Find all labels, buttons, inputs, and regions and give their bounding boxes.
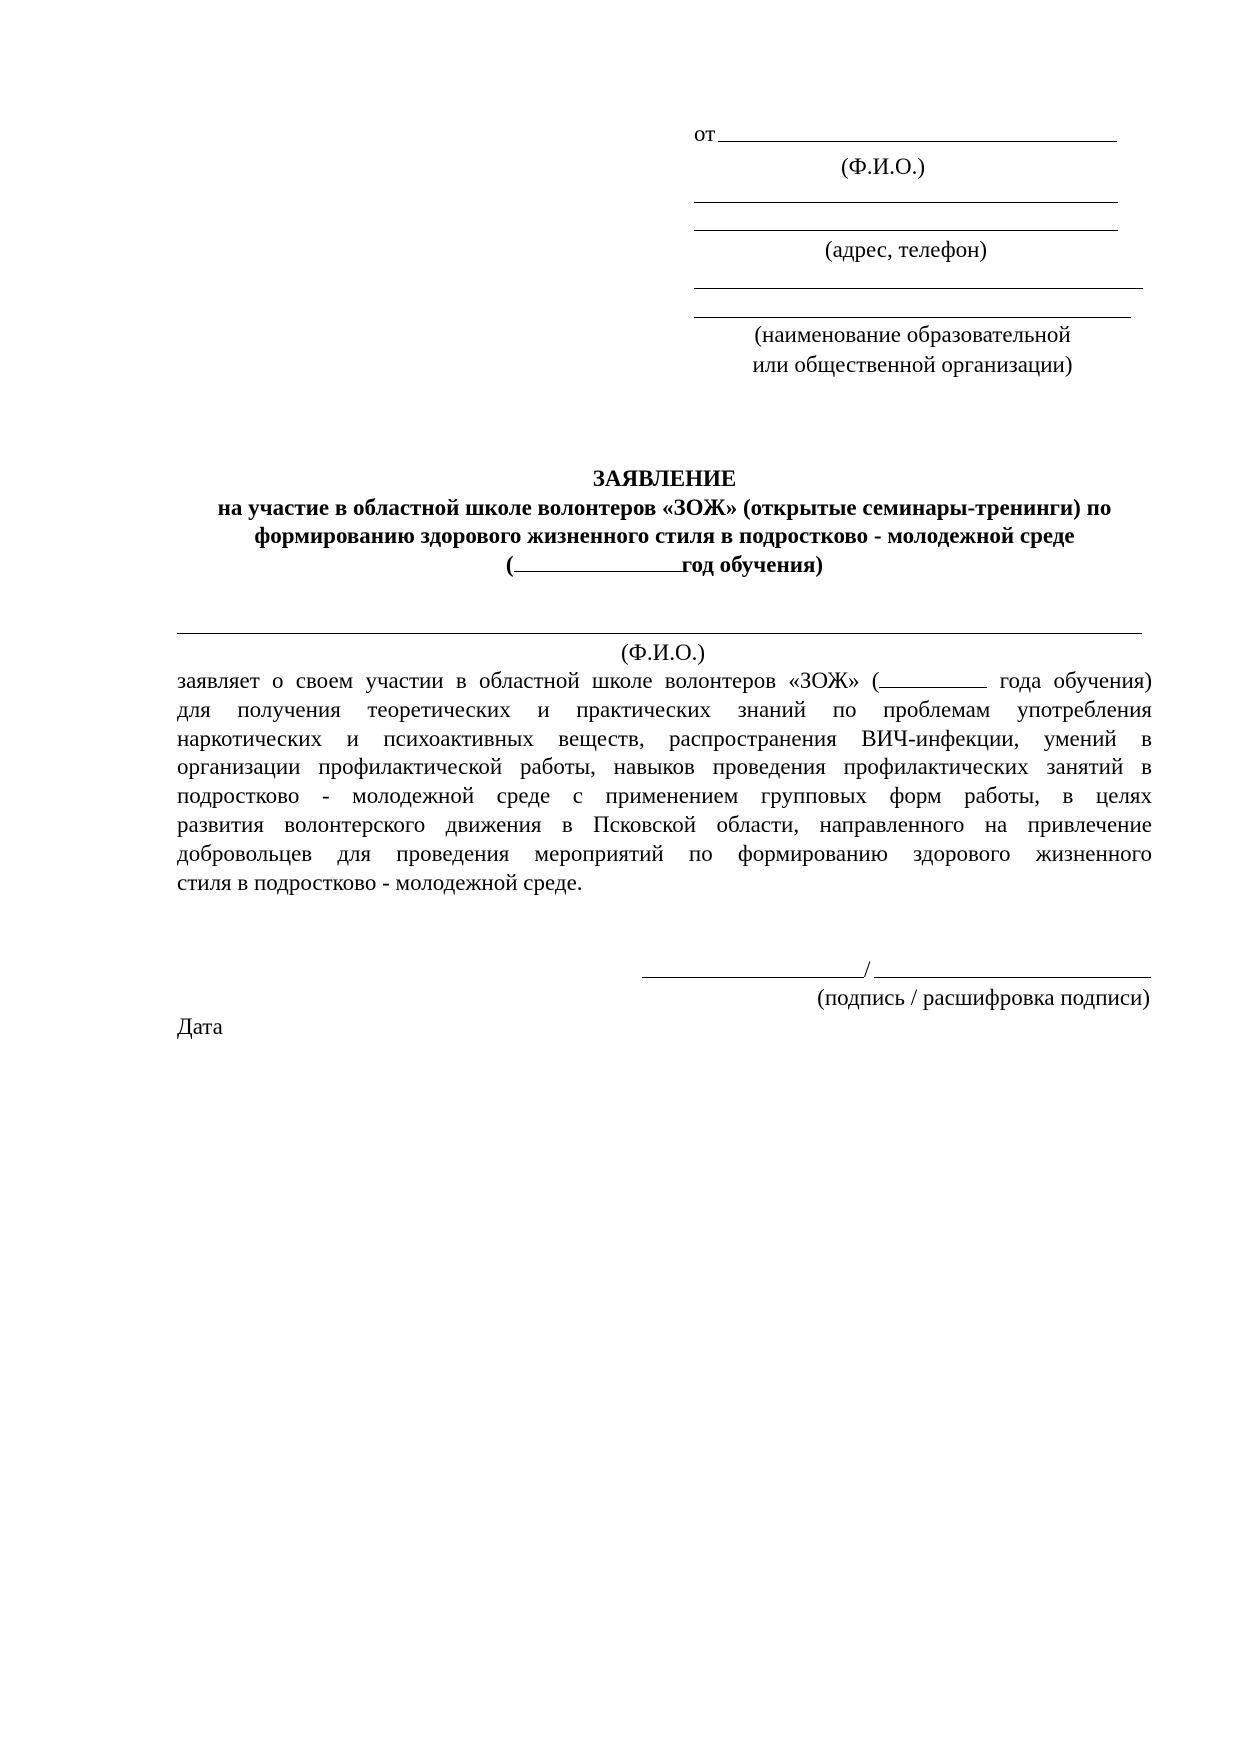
title-line-3-suffix: год обучения) — [682, 552, 824, 577]
study-year-field[interactable] — [514, 570, 682, 572]
body-line-1: заявляет о своем участии в областной шко… — [177, 667, 1152, 696]
body-study-year-field[interactable] — [879, 686, 987, 688]
body-line: наркотических и психоактивных веществ, р… — [177, 725, 1152, 754]
date-label: Дата — [177, 1015, 223, 1038]
applicant-name-field[interactable] — [177, 633, 1142, 634]
signature-caption: (подпись / расшифровка подписи) — [700, 986, 1150, 1009]
organization-caption-line2: или общественной организации) — [694, 353, 1131, 376]
sender-name-field[interactable] — [718, 141, 1117, 142]
body-line: развития волонтерского движения в Псковс… — [177, 811, 1152, 840]
organization-field-2[interactable] — [694, 317, 1131, 318]
document-title: ЗАЯВЛЕНИЕ на участие в областной школе в… — [177, 465, 1152, 579]
organization-field-1[interactable] — [694, 288, 1143, 289]
title-paren-open: ( — [506, 552, 514, 577]
statement-body: заявляет о своем участии в областной шко… — [177, 667, 1152, 897]
title-line-2: формированию здорового жизненного стиля … — [177, 522, 1152, 551]
signature-transcript-field[interactable] — [874, 977, 1151, 978]
applicant-fio-caption: (Ф.И.О.) — [603, 641, 723, 664]
title-line-1: на участие в областной школе волонтеров … — [177, 494, 1152, 523]
body-line-1-text: заявляет о своем участии в областной шко… — [177, 668, 879, 693]
body-line: добровольцев для проведения мероприятий … — [177, 840, 1152, 869]
title-line-3: (год обучения) — [177, 551, 1152, 580]
body-line-1-suffix: года обучения) — [987, 668, 1152, 693]
body-line: организации профилактической работы, нав… — [177, 753, 1152, 782]
title-heading: ЗАЯВЛЕНИЕ — [177, 465, 1152, 494]
sender-fio-caption: (Ф.И.О.) — [823, 155, 943, 178]
body-line: стиля в подростково - молодежной среде. — [177, 869, 1152, 898]
sender-address-field-1[interactable] — [694, 202, 1118, 203]
from-label: от — [694, 122, 715, 145]
sender-address-field-2[interactable] — [694, 230, 1118, 231]
body-line: для получения теоретических и практическ… — [177, 696, 1152, 725]
organization-caption-line1: (наименование образовательной — [694, 323, 1131, 346]
body-line: подростково - молодежной среде с примене… — [177, 782, 1152, 811]
signature-field[interactable] — [642, 977, 864, 978]
signature-separator: / — [864, 958, 870, 981]
address-caption: (адрес, телефон) — [694, 238, 1118, 261]
